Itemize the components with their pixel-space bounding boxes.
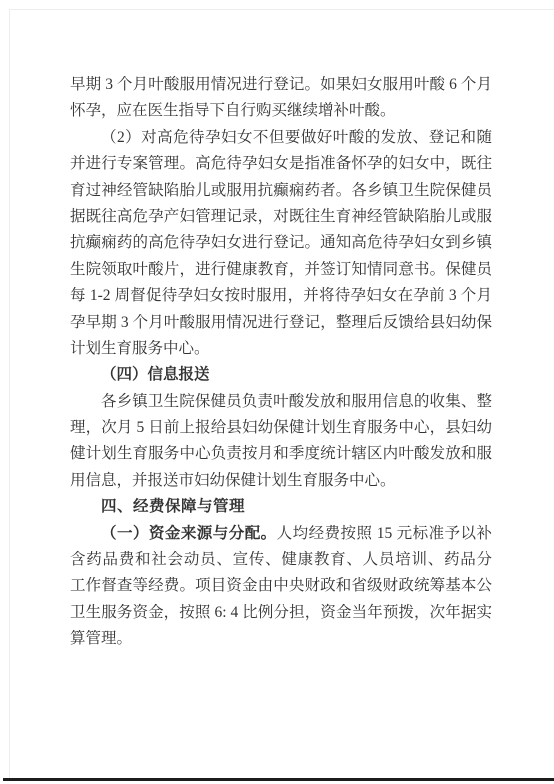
text-line: 用信息，并报送市妇幼保健计划生育服务中心。 bbox=[70, 468, 492, 494]
text-line: 理，次月 5 日前上报给县妇幼保健计划生育服务中心，县妇幼保 bbox=[70, 415, 492, 441]
bottom-edge-rule bbox=[3, 778, 554, 781]
text-line: 算管理。 bbox=[70, 626, 492, 652]
text-line: 健计划生育服务中心负责按月和季度统计辖区内叶酸发放和服 bbox=[70, 441, 492, 467]
text-line: 抗癫痫药的高危待孕妇女进行登记。通知高危待孕妇女到乡镇卫 bbox=[70, 230, 492, 256]
text-line: 并进行专案管理。高危待孕妇女是指准备怀孕的妇女中，既往生 bbox=[70, 151, 492, 177]
text-line: 每 1-2 周督促待孕妇女按时服用，并将待孕妇女在孕前 3 个月至 bbox=[70, 283, 492, 309]
page-edge-left-line bbox=[9, 9, 10, 778]
text-line: （一）资金来源与分配。人均经费按照 15 元标准予以补助， bbox=[70, 521, 492, 547]
document-page: 早期 3 个月叶酸服用情况进行登记。如果妇女服用叶酸 6 个月未 怀孕，应在医生… bbox=[0, 0, 554, 784]
text-line: 育过神经管缺陷胎儿或服用抗癫痫药者。各乡镇卫生院保健员根 bbox=[70, 178, 492, 204]
text-line: 各乡镇卫生院保健员负责叶酸发放和服用信息的收集、整 bbox=[70, 389, 492, 415]
text-line: 孕早期 3 个月叶酸服用情况进行登记，整理后反馈给县妇幼保健 bbox=[70, 310, 492, 336]
text-line: 早期 3 个月叶酸服用情况进行登记。如果妇女服用叶酸 6 个月未 bbox=[70, 72, 492, 98]
text-line: （2）对高危待孕妇女不但要做好叶酸的发放、登记和随访 bbox=[70, 125, 492, 151]
page-edge-top-line bbox=[9, 9, 554, 10]
subsection-heading-funding-source: （一）资金来源与分配。 bbox=[101, 525, 277, 542]
document-text-block: 早期 3 个月叶酸服用情况进行登记。如果妇女服用叶酸 6 个月未 怀孕，应在医生… bbox=[70, 72, 492, 653]
text-line: 含药品费和社会动员、宣传、健康教育、人员培训、药品分发、 bbox=[70, 547, 492, 573]
section-heading-funding: 四、经费保障与管理 bbox=[70, 494, 492, 520]
text-line: 计划生育服务中心。 bbox=[70, 336, 492, 362]
text-line: 卫生服务资金，按照 6: 4 比例分担，资金当年预拨，次年据实清 bbox=[70, 600, 492, 626]
subsection-heading-info-report: （四）信息报送 bbox=[70, 362, 492, 388]
text-line: 怀孕，应在医生指导下自行购买继续增补叶酸。 bbox=[70, 98, 492, 124]
text-line: 生院领取叶酸片，进行健康教育，并签订知情同意书。保健员应 bbox=[70, 257, 492, 283]
text-line: 工作督查等经费。项目资金由中央财政和省级财政统筹基本公共 bbox=[70, 573, 492, 599]
text-line: 据既往高危孕产妇管理记录，对既往生育神经管缺陷胎儿或服用 bbox=[70, 204, 492, 230]
